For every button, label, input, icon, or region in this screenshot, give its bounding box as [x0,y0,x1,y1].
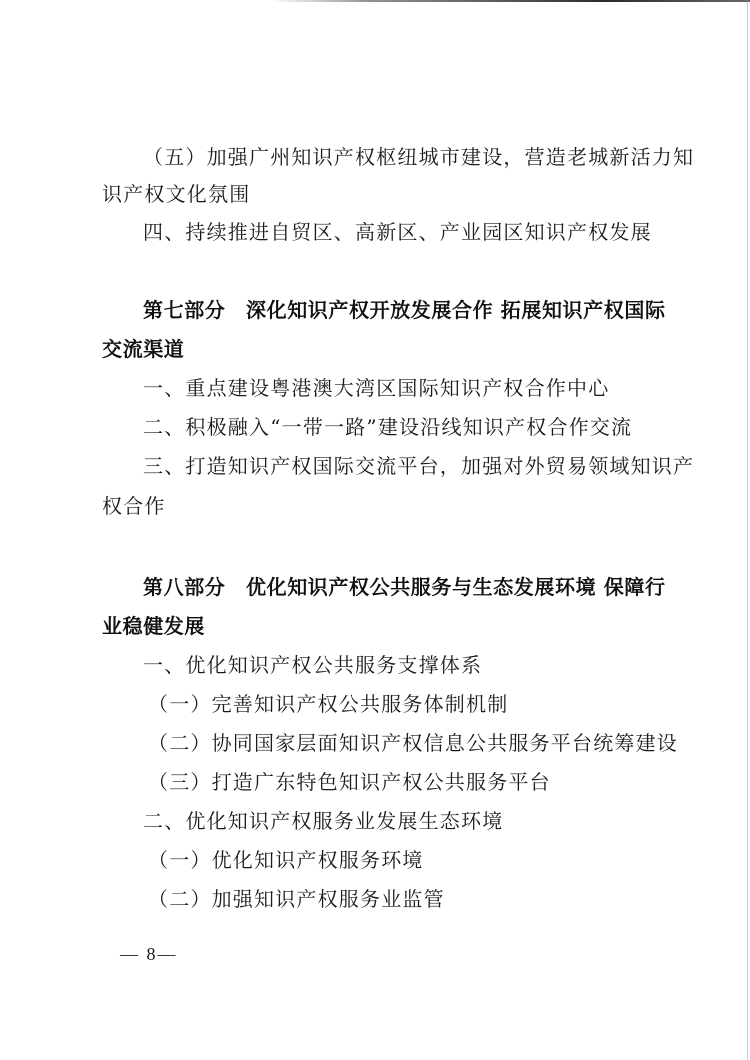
section-4-title: 四、持续推进自贸区、高新区、产业园区知识产权发展 [143,220,652,244]
part-8-section-2-title: 二、优化知识产权服务业发展生态环境 [143,809,503,833]
part-8-section-1-item-3: （三）打造广东特色知识产权公共服务平台 [148,770,551,794]
scan-edge-top [270,0,750,2]
part-8-section-1-title: 一、优化知识产权公共服务支撑体系 [143,653,482,677]
part-7-item-3-line2: 权合作 [102,494,166,518]
scan-edge-right [747,0,748,1060]
part-8-section-2-item-2: （二）加强知识产权服务业监管 [148,887,445,911]
page-number: — 8— [120,944,178,965]
subsection-5-line1: （五）加强广州知识产权枢纽城市建设，营造老城新活力知 [143,145,694,169]
part-7-heading-line2: 交流渠道 [102,337,184,361]
part-7-item-2: 二、积极融入“一带一路”建设沿线知识产权合作交流 [143,415,632,439]
part-7-item-3-line1: 三、打造知识产权国际交流平台，加强对外贸易领域知识产 [143,454,694,478]
part-8-heading-line2: 业稳健发展 [102,614,205,638]
document-page: （五）加强广州知识产权枢纽城市建设，营造老城新活力知 识产权文化氛围 四、持续推… [0,0,750,1060]
part-8-heading-line1: 第八部分 优化知识产权公共服务与生态发展环境 保障行 [143,575,666,599]
part-8-section-1-item-1: （一）完善知识产权公共服务体制机制 [148,692,508,716]
subsection-5-line2: 识产权文化氛围 [102,182,250,206]
part-8-section-1-item-2: （二）协同国家层面知识产权信息公共服务平台统筹建设 [148,731,678,755]
part-8-section-2-item-1: （一）优化知识产权服务环境 [148,848,424,872]
part-7-heading-line1: 第七部分 深化知识产权开放发展合作 拓展知识产权国际 [143,298,666,322]
part-7-item-1: 一、重点建设粤港澳大湾区国际知识产权合作中心 [143,376,609,400]
